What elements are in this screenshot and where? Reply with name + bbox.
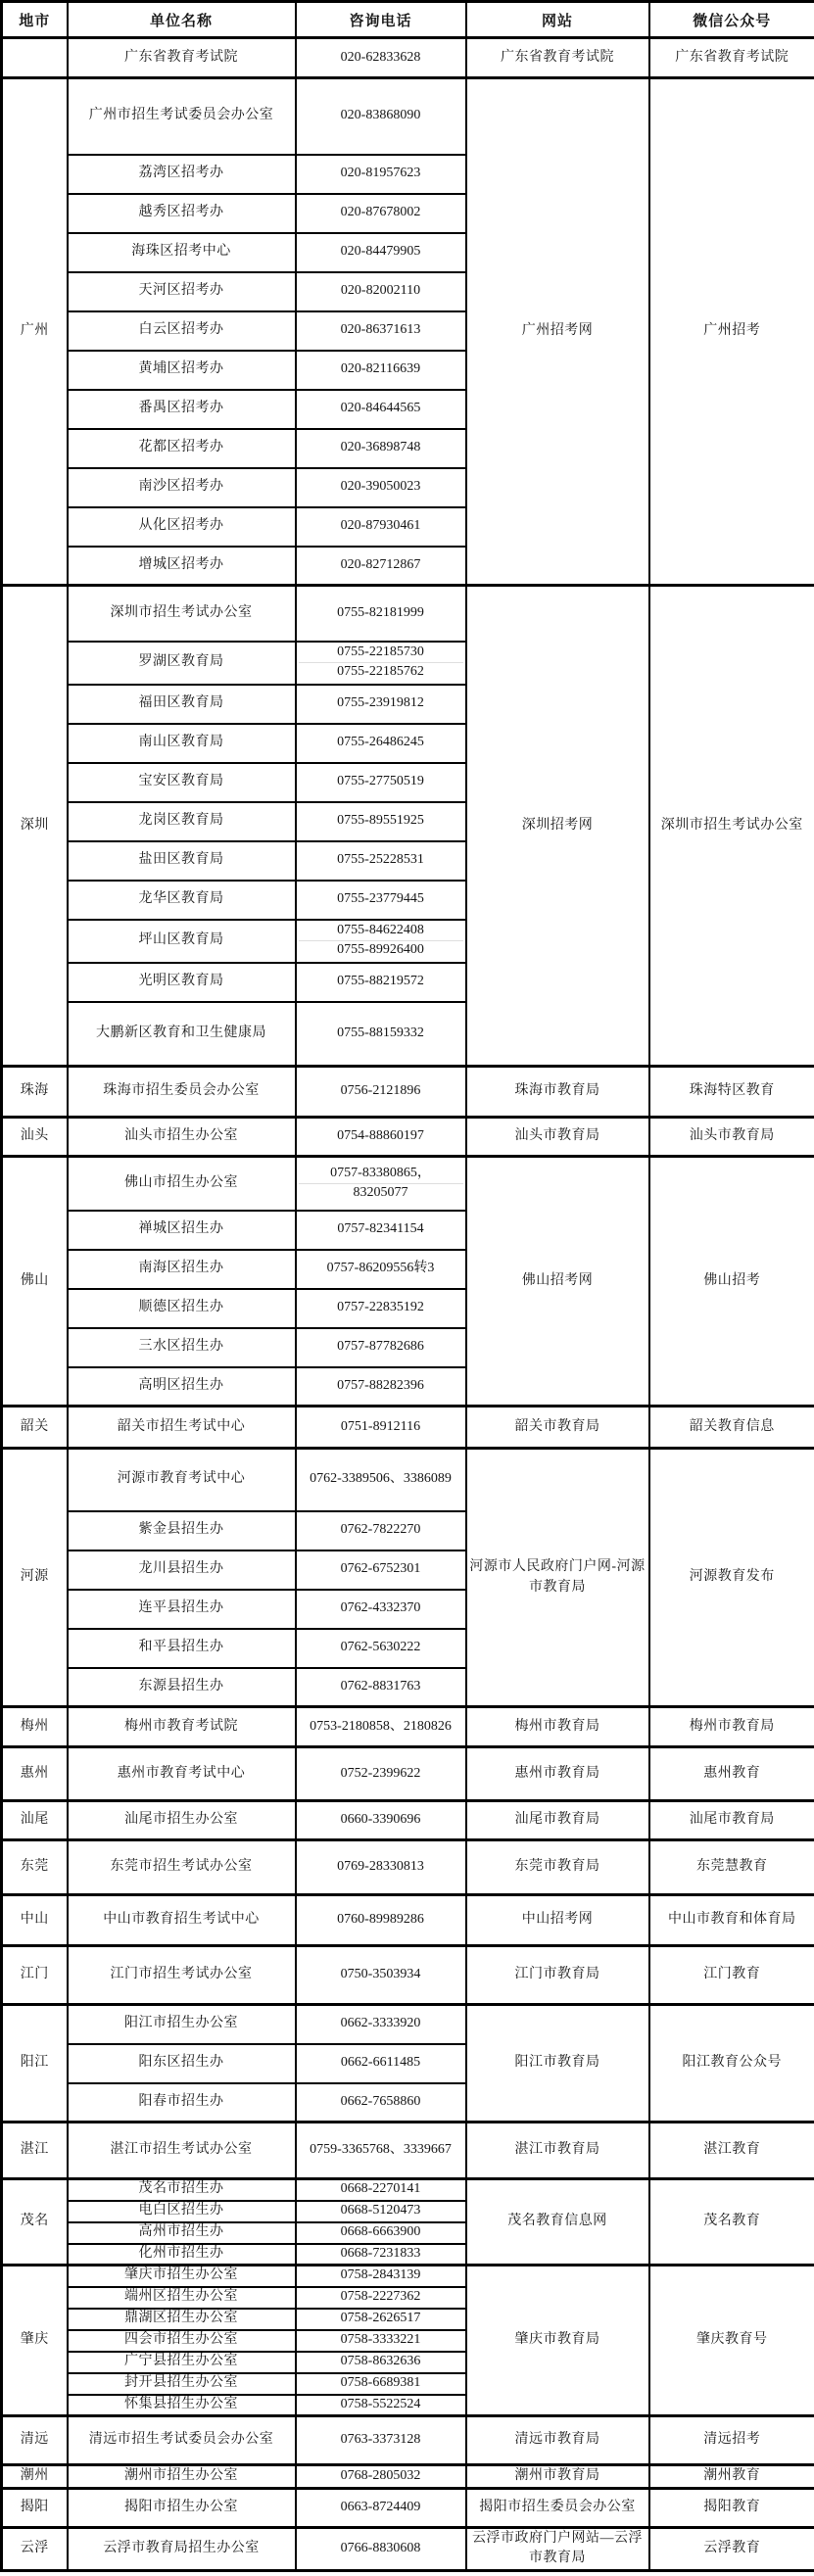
city-label: 潮州 xyxy=(2,2465,68,2489)
phone-number: 020-87678002 xyxy=(296,194,466,233)
phone-line: 0755-84622408 xyxy=(299,922,463,940)
unit-name: 电白区招生办 xyxy=(68,2201,296,2222)
city-label: 韶关 xyxy=(2,1407,68,1449)
phone-number: 020-84479905 xyxy=(296,233,466,272)
table-row: 茂名茂名市招生办0668-2270141茂名教育信息网茂名教育 xyxy=(2,2179,814,2201)
phone-number: 020-62833628 xyxy=(296,38,466,78)
unit-name: 顺德区招生办 xyxy=(68,1289,296,1328)
phone-number: 0755-27750519 xyxy=(296,763,466,802)
city-label: 惠州 xyxy=(2,1747,68,1801)
wechat-account: 阳江教育公众号 xyxy=(649,2005,814,2123)
unit-name: 广东省教育考试院 xyxy=(68,38,296,78)
website-name: 中山招考网 xyxy=(466,1895,649,1946)
table-row: 广东省教育考试院020-62833628广东省教育考试院广东省教育考试院 xyxy=(2,38,814,78)
website-name: 清远市教育局 xyxy=(466,2416,649,2465)
unit-name: 梅州市教育考试院 xyxy=(68,1707,296,1747)
phone-number: 020-39050023 xyxy=(296,468,466,507)
wechat-account: 江门教育 xyxy=(649,1946,814,2005)
unit-name: 广州市招生考试委员会办公室 xyxy=(68,78,296,155)
city-label: 湛江 xyxy=(2,2123,68,2179)
website-name: 汕尾市教育局 xyxy=(466,1801,649,1840)
table-header: 地市单位名称咨询电话网站微信公众号 xyxy=(2,2,814,38)
wechat-account: 广东省教育考试院 xyxy=(649,38,814,78)
unit-name: 阳春市招生办 xyxy=(68,2083,296,2123)
unit-name: 阳东区招生办 xyxy=(68,2044,296,2083)
phone-number: 020-82116639 xyxy=(296,351,466,390)
phone-number: 0668-6663900 xyxy=(296,2222,466,2244)
unit-name: 潮州市招生办公室 xyxy=(68,2465,296,2489)
city-label: 汕头 xyxy=(2,1118,68,1157)
unit-name: 南海区招生办 xyxy=(68,1250,296,1289)
unit-name: 韶关市招生考试中心 xyxy=(68,1407,296,1449)
website-name: 江门市教育局 xyxy=(466,1946,649,2005)
website-name: 深圳招考网 xyxy=(466,586,649,1067)
phone-number: 0755-89551925 xyxy=(296,802,466,841)
phone-number: 0668-7231833 xyxy=(296,2244,466,2266)
unit-name: 茂名市招生办 xyxy=(68,2179,296,2201)
city-label: 东莞 xyxy=(2,1840,68,1895)
unit-name: 高州市招生办 xyxy=(68,2222,296,2244)
unit-name: 越秀区招考办 xyxy=(68,194,296,233)
unit-name: 三水区招生办 xyxy=(68,1328,296,1367)
table-row: 江门江门市招生考试办公室0750-3503934江门市教育局江门教育 xyxy=(2,1946,814,2005)
phone-number: 020-87930461 xyxy=(296,507,466,547)
website-name: 韶关市教育局 xyxy=(466,1407,649,1449)
wechat-account: 广州招考 xyxy=(649,78,814,586)
phone-number: 020-81957623 xyxy=(296,155,466,194)
unit-name: 珠海市招生委员会办公室 xyxy=(68,1067,296,1118)
phone-number: 0754-88860197 xyxy=(296,1118,466,1157)
phone-number: 0755-23919812 xyxy=(296,685,466,724)
unit-name: 海珠区招考中心 xyxy=(68,233,296,272)
unit-name: 龙华区教育局 xyxy=(68,881,296,920)
phone-line: 0755-89926400 xyxy=(299,940,463,960)
page: 地市单位名称咨询电话网站微信公众号 广东省教育考试院020-62833628广东… xyxy=(0,0,814,2572)
phone-number: 0759-3365768、3339667 xyxy=(296,2123,466,2179)
unit-name: 白云区招考办 xyxy=(68,311,296,351)
table-row: 河源河源市教育考试中心0762-3389506、3386089河源市人民政府门户… xyxy=(2,1449,814,1511)
table-row: 清远清远市招生考试委员会办公室0763-3373128清远市教育局清远招考 xyxy=(2,2416,814,2465)
phone-number: 0663-8724409 xyxy=(296,2489,466,2528)
phone-line: 0757-83380865， xyxy=(299,1165,463,1183)
phone-number: 0758-2843139 xyxy=(296,2266,466,2287)
unit-name: 福田区教育局 xyxy=(68,685,296,724)
website-name: 潮州市教育局 xyxy=(466,2465,649,2489)
table-row: 中山中山市教育招生考试中心0760-89989286中山招考网中山市教育和体育局 xyxy=(2,1895,814,1946)
phone-number: 0766-8830608 xyxy=(296,2528,466,2571)
phone-number: 0760-89989286 xyxy=(296,1895,466,1946)
unit-name: 鼎湖区招生办公室 xyxy=(68,2309,296,2330)
phone-number: 0758-8632636 xyxy=(296,2352,466,2373)
table-row: 佛山佛山市招生办公室0757-83380865，83205077佛山招考网佛山招… xyxy=(2,1157,814,1211)
unit-name: 增城区招考办 xyxy=(68,547,296,586)
city-label: 阳江 xyxy=(2,2005,68,2123)
phone-line: 83205077 xyxy=(299,1183,463,1203)
unit-name: 禅城区招生办 xyxy=(68,1211,296,1250)
phone-number: 0755-23779445 xyxy=(296,881,466,920)
column-header-3: 网站 xyxy=(466,2,649,38)
website-name: 茂名教育信息网 xyxy=(466,2179,649,2266)
website-name: 云浮市政府门户网站—云浮市教育局 xyxy=(466,2528,649,2571)
contact-table: 地市单位名称咨询电话网站微信公众号 广东省教育考试院020-62833628广东… xyxy=(0,0,814,2572)
phone-number: 0668-5120473 xyxy=(296,2201,466,2222)
header-row: 地市单位名称咨询电话网站微信公众号 xyxy=(2,2,814,38)
website-name: 肇庆市教育局 xyxy=(466,2266,649,2416)
phone-number: 0662-6611485 xyxy=(296,2044,466,2083)
wechat-account: 珠海特区教育 xyxy=(649,1067,814,1118)
wechat-account: 云浮教育 xyxy=(649,2528,814,2571)
phone-number: 0758-6689381 xyxy=(296,2373,466,2395)
wechat-account: 茂名教育 xyxy=(649,2179,814,2266)
wechat-account: 韶关教育信息 xyxy=(649,1407,814,1449)
unit-name: 端州区招生办公室 xyxy=(68,2287,296,2309)
wechat-account: 汕尾市教育局 xyxy=(649,1801,814,1840)
table-row: 汕尾汕尾市招生办公室0660-3390696汕尾市教育局汕尾市教育局 xyxy=(2,1801,814,1840)
unit-name: 荔湾区招考办 xyxy=(68,155,296,194)
wechat-account: 揭阳教育 xyxy=(649,2489,814,2528)
website-name: 河源市人民政府门户网-河源市教育局 xyxy=(466,1449,649,1707)
city-label: 深圳 xyxy=(2,586,68,1067)
column-header-4: 微信公众号 xyxy=(649,2,814,38)
unit-name: 天河区招考办 xyxy=(68,272,296,311)
unit-name: 河源市教育考试中心 xyxy=(68,1449,296,1511)
city-label: 汕尾 xyxy=(2,1801,68,1840)
unit-name: 惠州市教育考试中心 xyxy=(68,1747,296,1801)
unit-name: 怀集县招生办公室 xyxy=(68,2395,296,2416)
website-name: 阳江市教育局 xyxy=(466,2005,649,2123)
wechat-account: 肇庆教育号 xyxy=(649,2266,814,2416)
unit-name: 汕尾市招生办公室 xyxy=(68,1801,296,1840)
phone-number: 0755-88159332 xyxy=(296,1002,466,1067)
phone-number: 0769-28330813 xyxy=(296,1840,466,1895)
unit-name: 罗湖区教育局 xyxy=(68,642,296,685)
phone-number: 0755-88219572 xyxy=(296,963,466,1002)
phone-line: 0755-22185762 xyxy=(299,662,463,682)
wechat-account: 深圳市招生考试办公室 xyxy=(649,586,814,1067)
phone-number: 0758-3333221 xyxy=(296,2330,466,2352)
wechat-account: 惠州教育 xyxy=(649,1747,814,1801)
unit-name: 东莞市招生考试办公室 xyxy=(68,1840,296,1895)
phone-number: 020-83868090 xyxy=(296,78,466,155)
city-label: 揭阳 xyxy=(2,2489,68,2528)
unit-name: 连平县招生办 xyxy=(68,1590,296,1629)
phone-number: 0762-8831763 xyxy=(296,1668,466,1707)
phone-number: 0758-2227362 xyxy=(296,2287,466,2309)
table-row: 潮州潮州市招生办公室0768-2805032潮州市教育局潮州教育 xyxy=(2,2465,814,2489)
unit-name: 南沙区招考办 xyxy=(68,468,296,507)
unit-name: 东源县招生办 xyxy=(68,1668,296,1707)
phone-number: 020-84644565 xyxy=(296,390,466,429)
unit-name: 龙川县招生办 xyxy=(68,1550,296,1590)
phone-number: 0755-846224080755-89926400 xyxy=(296,920,466,963)
unit-name: 宝安区教育局 xyxy=(68,763,296,802)
phone-number: 020-86371613 xyxy=(296,311,466,351)
unit-name: 花都区招考办 xyxy=(68,429,296,468)
wechat-account: 东莞慧教育 xyxy=(649,1840,814,1895)
city-label: 梅州 xyxy=(2,1707,68,1747)
city-label xyxy=(2,38,68,78)
phone-number: 0758-5522524 xyxy=(296,2395,466,2416)
website-name: 惠州市教育局 xyxy=(466,1747,649,1801)
phone-number: 0762-5630222 xyxy=(296,1629,466,1668)
website-name: 佛山招考网 xyxy=(466,1157,649,1407)
phone-number: 0668-2270141 xyxy=(296,2179,466,2201)
phone-number: 0752-2399622 xyxy=(296,1747,466,1801)
phone-number: 0762-6752301 xyxy=(296,1550,466,1590)
table-row: 汕头汕头市招生办公室0754-88860197汕头市教育局汕头市教育局 xyxy=(2,1118,814,1157)
phone-number: 0757-86209556转3 xyxy=(296,1250,466,1289)
table-body: 广东省教育考试院020-62833628广东省教育考试院广东省教育考试院广州广州… xyxy=(2,38,814,2571)
phone-number: 0662-7658860 xyxy=(296,2083,466,2123)
phone-number: 0756-2121896 xyxy=(296,1067,466,1118)
unit-name: 肇庆市招生办公室 xyxy=(68,2266,296,2287)
website-name: 广州招考网 xyxy=(466,78,649,586)
phone-number: 0768-2805032 xyxy=(296,2465,466,2489)
phone-number: 0755-82181999 xyxy=(296,586,466,642)
unit-name: 番禺区招考办 xyxy=(68,390,296,429)
unit-name: 南山区教育局 xyxy=(68,724,296,763)
unit-name: 清远市招生考试委员会办公室 xyxy=(68,2416,296,2465)
phone-number: 0755-26486245 xyxy=(296,724,466,763)
city-label: 河源 xyxy=(2,1449,68,1707)
column-header-0: 地市 xyxy=(2,2,68,38)
unit-name: 云浮市教育局招生办公室 xyxy=(68,2528,296,2571)
phone-number: 0753-2180858、2180826 xyxy=(296,1707,466,1747)
wechat-account: 梅州市教育局 xyxy=(649,1707,814,1747)
unit-name: 汕头市招生办公室 xyxy=(68,1118,296,1157)
city-label: 清远 xyxy=(2,2416,68,2465)
unit-name: 高明区招生办 xyxy=(68,1367,296,1407)
city-label: 中山 xyxy=(2,1895,68,1946)
unit-name: 黄埔区招考办 xyxy=(68,351,296,390)
table-row: 韶关韶关市招生考试中心0751-8912116韶关市教育局韶关教育信息 xyxy=(2,1407,814,1449)
table-row: 梅州梅州市教育考试院0753-2180858、2180826梅州市教育局梅州市教… xyxy=(2,1707,814,1747)
phone-number: 0660-3390696 xyxy=(296,1801,466,1840)
city-label: 佛山 xyxy=(2,1157,68,1407)
phone-number: 0762-4332370 xyxy=(296,1590,466,1629)
table-row: 东莞东莞市招生考试办公室0769-28330813东莞市教育局东莞慧教育 xyxy=(2,1840,814,1895)
website-name: 广东省教育考试院 xyxy=(466,38,649,78)
table-row: 广州广州市招生考试委员会办公室020-83868090广州招考网广州招考 xyxy=(2,78,814,155)
unit-name: 坪山区教育局 xyxy=(68,920,296,963)
website-name: 汕头市教育局 xyxy=(466,1118,649,1157)
phone-number: 0758-2626517 xyxy=(296,2309,466,2330)
unit-name: 中山市教育招生考试中心 xyxy=(68,1895,296,1946)
city-label: 江门 xyxy=(2,1946,68,2005)
phone-number: 0757-87782686 xyxy=(296,1328,466,1367)
website-name: 梅州市教育局 xyxy=(466,1707,649,1747)
unit-name: 阳江市招生办公室 xyxy=(68,2005,296,2044)
column-header-1: 单位名称 xyxy=(68,2,296,38)
phone-number: 0750-3503934 xyxy=(296,1946,466,2005)
table-row: 肇庆肇庆市招生办公室0758-2843139肇庆市教育局肇庆教育号 xyxy=(2,2266,814,2287)
city-label: 云浮 xyxy=(2,2528,68,2571)
phone-number: 020-82002110 xyxy=(296,272,466,311)
phone-number: 0757-83380865，83205077 xyxy=(296,1157,466,1211)
unit-name: 化州市招生办 xyxy=(68,2244,296,2266)
phone-number: 020-36898748 xyxy=(296,429,466,468)
phone-number: 0762-3389506、3386089 xyxy=(296,1449,466,1511)
phone-number: 0757-82341154 xyxy=(296,1211,466,1250)
website-name: 珠海市教育局 xyxy=(466,1067,649,1118)
wechat-account: 潮州教育 xyxy=(649,2465,814,2489)
table-row: 阳江阳江市招生办公室0662-3333920阳江市教育局阳江教育公众号 xyxy=(2,2005,814,2044)
unit-name: 湛江市招生考试办公室 xyxy=(68,2123,296,2179)
city-label: 广州 xyxy=(2,78,68,586)
phone-number: 0755-25228531 xyxy=(296,841,466,881)
column-header-2: 咨询电话 xyxy=(296,2,466,38)
unit-name: 龙岗区教育局 xyxy=(68,802,296,841)
phone-number: 0757-22835192 xyxy=(296,1289,466,1328)
phone-number: 0755-221857300755-22185762 xyxy=(296,642,466,685)
table-row: 湛江湛江市招生考试办公室0759-3365768、3339667湛江市教育局湛江… xyxy=(2,2123,814,2179)
table-row: 云浮云浮市教育局招生办公室0766-8830608云浮市政府门户网站—云浮市教育… xyxy=(2,2528,814,2571)
wechat-account: 河源教育发布 xyxy=(649,1449,814,1707)
unit-name: 江门市招生考试办公室 xyxy=(68,1946,296,2005)
wechat-account: 中山市教育和体育局 xyxy=(649,1895,814,1946)
phone-number: 0763-3373128 xyxy=(296,2416,466,2465)
website-name: 湛江市教育局 xyxy=(466,2123,649,2179)
unit-name: 从化区招考办 xyxy=(68,507,296,547)
website-name: 东莞市教育局 xyxy=(466,1840,649,1895)
phone-number: 0751-8912116 xyxy=(296,1407,466,1449)
unit-name: 揭阳市招生办公室 xyxy=(68,2489,296,2528)
wechat-account: 湛江教育 xyxy=(649,2123,814,2179)
wechat-account: 清远招考 xyxy=(649,2416,814,2465)
table-row: 揭阳揭阳市招生办公室0663-8724409揭阳市招生委员会办公室揭阳教育 xyxy=(2,2489,814,2528)
website-name: 揭阳市招生委员会办公室 xyxy=(466,2489,649,2528)
table-row: 惠州惠州市教育考试中心0752-2399622惠州市教育局惠州教育 xyxy=(2,1747,814,1801)
unit-name: 封开县招生办公室 xyxy=(68,2373,296,2395)
unit-name: 四会市招生办公室 xyxy=(68,2330,296,2352)
wechat-account: 汕头市教育局 xyxy=(649,1118,814,1157)
phone-number: 0662-3333920 xyxy=(296,2005,466,2044)
phone-number: 020-82712867 xyxy=(296,547,466,586)
unit-name: 盐田区教育局 xyxy=(68,841,296,881)
unit-name: 大鹏新区教育和卫生健康局 xyxy=(68,1002,296,1067)
phone-line: 0755-22185730 xyxy=(299,644,463,662)
table-row: 珠海珠海市招生委员会办公室0756-2121896珠海市教育局珠海特区教育 xyxy=(2,1067,814,1118)
phone-number: 0757-88282396 xyxy=(296,1367,466,1407)
phone-number: 0762-7822270 xyxy=(296,1511,466,1550)
wechat-account: 佛山招考 xyxy=(649,1157,814,1407)
unit-name: 广宁县招生办公室 xyxy=(68,2352,296,2373)
unit-name: 光明区教育局 xyxy=(68,963,296,1002)
unit-name: 紫金县招生办 xyxy=(68,1511,296,1550)
unit-name: 和平县招生办 xyxy=(68,1629,296,1668)
unit-name: 深圳市招生考试办公室 xyxy=(68,586,296,642)
unit-name: 佛山市招生办公室 xyxy=(68,1157,296,1211)
table-row: 深圳深圳市招生考试办公室0755-82181999深圳招考网深圳市招生考试办公室 xyxy=(2,586,814,642)
city-label: 茂名 xyxy=(2,2179,68,2266)
city-label: 珠海 xyxy=(2,1067,68,1118)
city-label: 肇庆 xyxy=(2,2266,68,2416)
